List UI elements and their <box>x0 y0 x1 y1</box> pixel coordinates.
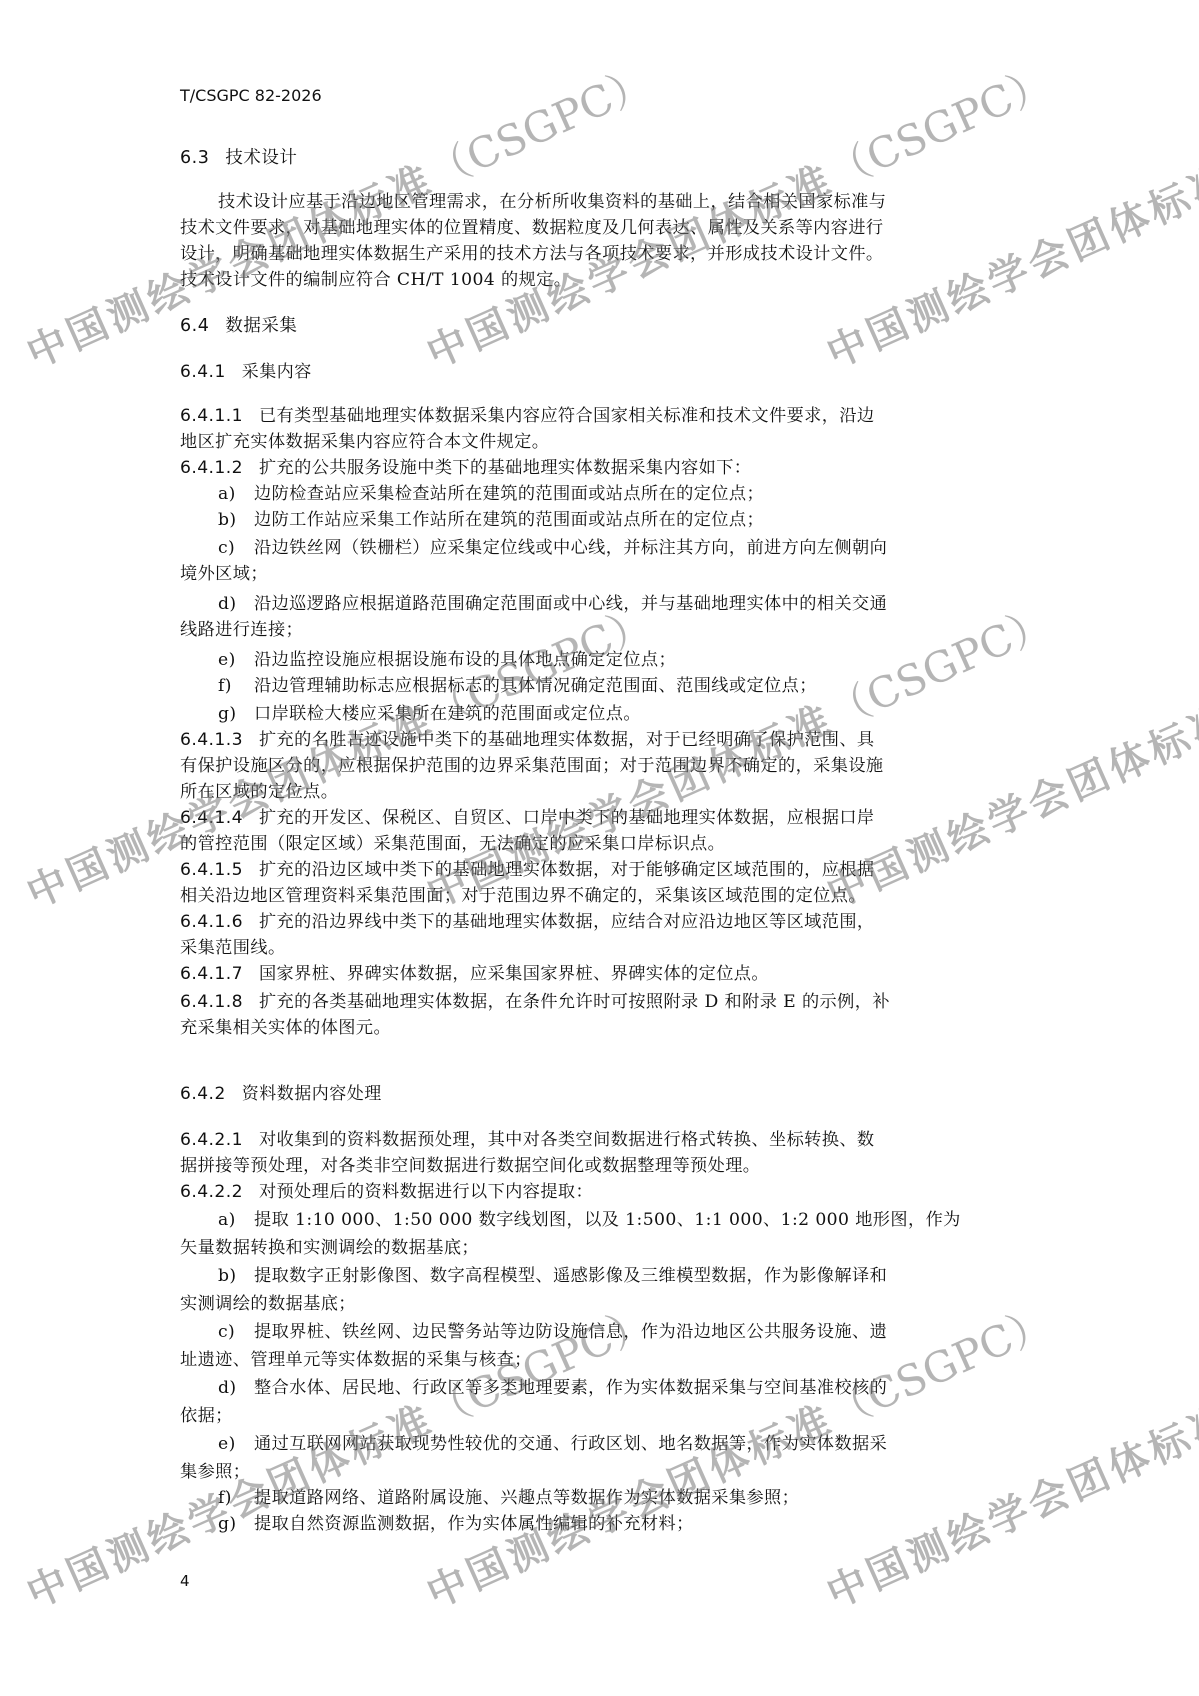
section-heading-6-4-1: 6.4.1采集内容 <box>180 360 312 384</box>
paragraph-line: 设计，明确基础地理实体数据生产采用的技术方法与各项技术要求，并形成技术设计文件。 <box>180 242 884 266</box>
watermark: 中国测绘学会团体标准（CSGPC） <box>416 49 1061 380</box>
document-code: T/CSGPC 82-2026 <box>180 84 322 108</box>
list-text: 口岸联检大楼应采集所在建筑的范围面或定位点。 <box>254 704 641 724</box>
clause-6-4-1-7: 6.4.1.7国家界桩、界碑实体数据，应采集国家界桩、界碑实体的定位点。 <box>180 962 769 986</box>
section-title: 技术设计 <box>225 148 297 168</box>
clause-text: 扩充的各类基础地理实体数据，在条件允许时可按照附录 D 和附录 E 的示例，补 <box>259 992 890 1012</box>
document-page: T/CSGPC 82-2026 6.3技术设计 技术设计应基于沿边地区管理需求，… <box>0 0 1199 1696</box>
list-item-c: c)提取界桩、铁丝网、边民警务站等边防设施信息，作为沿边地区公共服务设施、遗 <box>218 1320 887 1344</box>
clause-text-continued: 有保护设施区分的，应根据保护范围的边界采集范围面；对于范围边界不确定的，采集设施 <box>180 754 884 778</box>
clause-6-4-1-8: 6.4.1.8扩充的各类基础地理实体数据，在条件允许时可按照附录 D 和附录 E… <box>180 990 890 1014</box>
clause-text-continued: 充采集相关实体的体图元。 <box>180 1016 391 1040</box>
list-item-a: a)边防检查站应采集检查站所在建筑的范围面或站点所在的定位点； <box>218 482 764 506</box>
section-number: 6.3 <box>180 146 209 170</box>
list-text-continued: 集参照； <box>180 1460 250 1484</box>
list-label: c) <box>218 536 254 560</box>
list-text: 边防检查站应采集检查站所在建筑的范围面或站点所在的定位点； <box>254 484 764 504</box>
section-number: 6.4 <box>180 314 209 338</box>
list-text: 沿边管理辅助标志应根据标志的具体情况确定范围面、范围线或定位点； <box>254 676 817 696</box>
clause-number: 6.4.1.6 <box>180 910 243 934</box>
list-text: 沿边铁丝网（铁栅栏）应采集定位线或中心线，并标注其方向，前进方向左侧朝向 <box>254 538 887 558</box>
clause-6-4-2-1: 6.4.2.1对收集到的资料数据预处理，其中对各类空间数据进行格式转换、坐标转换… <box>180 1128 875 1152</box>
list-text: 提取 1:10 000、1:50 000 数字线划图，以及 1:500、1:1 … <box>254 1210 961 1230</box>
list-label: g) <box>218 1512 254 1536</box>
list-text: 提取自然资源监测数据，作为实体属性编辑的补充材料； <box>254 1514 694 1534</box>
list-label: f) <box>218 1486 254 1510</box>
clause-text-continued: 相关沿边地区管理资料采集范围面；对于范围边界不确定的，采集该区域范围的定位点。 <box>180 884 866 908</box>
clause-text: 对预处理后的资料数据进行以下内容提取： <box>259 1182 593 1202</box>
list-text: 通过互联网网站获取现势性较优的交通、行政区划、地名数据等，作为实体数据采 <box>254 1434 887 1454</box>
section-title: 采集内容 <box>242 362 312 382</box>
list-text: 提取界桩、铁丝网、边民警务站等边防设施信息，作为沿边地区公共服务设施、遗 <box>254 1322 887 1342</box>
section-heading-6-4-2: 6.4.2资料数据内容处理 <box>180 1082 382 1106</box>
clause-number: 6.4.1.1 <box>180 404 243 428</box>
page-number: 4 <box>180 1572 190 1590</box>
clause-text: 扩充的开发区、保税区、自贸区、口岸中类下的基础地理实体数据，应根据口岸 <box>259 808 875 828</box>
clause-6-4-2-2: 6.4.2.2对预处理后的资料数据进行以下内容提取： <box>180 1180 593 1204</box>
clause-text: 扩充的沿边区域中类下的基础地理实体数据，对于能够确定区域范围的，应根据 <box>259 860 875 880</box>
list-text-continued: 址遗迹、管理单元等实体数据的采集与核查； <box>180 1348 532 1372</box>
list-item-b: b)提取数字正射影像图、数字高程模型、遥感影像及三维模型数据，作为影像解译和 <box>218 1264 887 1288</box>
list-label: g) <box>218 702 254 726</box>
clause-6-4-1-2: 6.4.1.2扩充的公共服务设施中类下的基础地理实体数据采集内容如下： <box>180 456 751 480</box>
clause-text-continued: 采集范围线。 <box>180 936 286 960</box>
list-label: c) <box>218 1320 254 1344</box>
list-label: f) <box>218 674 254 698</box>
clause-number: 6.4.1.7 <box>180 962 243 986</box>
list-label: b) <box>218 508 254 532</box>
list-item-a: a)提取 1:10 000、1:50 000 数字线划图，以及 1:500、1:… <box>218 1208 961 1232</box>
clause-text-continued: 所在区域的定位点。 <box>180 780 338 804</box>
list-text-continued: 实测调绘的数据基底； <box>180 1292 356 1316</box>
paragraph-line: 技术设计应基于沿边地区管理需求，在分析所收集资料的基础上，结合相关国家标准与 <box>218 190 886 214</box>
list-item-e: e)沿边监控设施应根据设施布设的具体地点确定定位点； <box>218 648 676 672</box>
list-label: e) <box>218 648 254 672</box>
list-label: d) <box>218 1376 254 1400</box>
list-item-f: f)沿边管理辅助标志应根据标志的具体情况确定范围面、范围线或定位点； <box>218 674 817 698</box>
list-label: b) <box>218 1264 254 1288</box>
clause-text-continued: 据拼接等预处理，对各类非空间数据进行数据空间化或数据整理等预处理。 <box>180 1154 760 1178</box>
section-title: 数据采集 <box>225 316 297 336</box>
list-label: a) <box>218 482 254 506</box>
paragraph-line: 技术设计文件的编制应符合 CH/T 1004 的规定。 <box>180 268 571 292</box>
list-item-g: g)口岸联检大楼应采集所在建筑的范围面或定位点。 <box>218 702 641 726</box>
list-label: a) <box>218 1208 254 1232</box>
list-text: 整合水体、居民地、行政区等多类地理要素，作为实体数据采集与空间基准校核的 <box>254 1378 887 1398</box>
clause-text: 扩充的沿边界线中类下的基础地理实体数据，应结合对应沿边地区等区域范围， <box>259 912 875 932</box>
list-text: 沿边巡逻路应根据道路范围确定范围面或中心线，并与基础地理实体中的相关交通 <box>254 594 887 614</box>
section-number: 6.4.2 <box>180 1082 226 1106</box>
watermark: 中国测绘学会团体标准（CSGPC） <box>16 49 661 380</box>
clause-text: 已有类型基础地理实体数据采集内容应符合国家相关标准和技术文件要求，沿边 <box>259 406 875 426</box>
list-item-g: g)提取自然资源监测数据，作为实体属性编辑的补充材料； <box>218 1512 694 1536</box>
section-heading-6-4: 6.4数据采集 <box>180 314 297 338</box>
list-text-continued: 依据； <box>180 1404 233 1428</box>
clause-6-4-1-5: 6.4.1.5扩充的沿边区域中类下的基础地理实体数据，对于能够确定区域范围的，应… <box>180 858 875 882</box>
watermark: 中国测绘学会团体标准（CSGPC） <box>816 49 1199 380</box>
clause-6-4-1-6: 6.4.1.6扩充的沿边界线中类下的基础地理实体数据，应结合对应沿边地区等区域范… <box>180 910 875 934</box>
clause-number: 6.4.1.4 <box>180 806 243 830</box>
section-number: 6.4.1 <box>180 360 226 384</box>
list-item-b: b)边防工作站应采集工作站所在建筑的范围面或站点所在的定位点； <box>218 508 764 532</box>
list-text: 提取道路网络、道路附属设施、兴趣点等数据作为实体数据采集参照； <box>254 1488 799 1508</box>
list-item-d: d)整合水体、居民地、行政区等多类地理要素，作为实体数据采集与空间基准校核的 <box>218 1376 887 1400</box>
clause-text-continued: 地区扩充实体数据采集内容应符合本文件规定。 <box>180 430 549 454</box>
list-label: d) <box>218 592 254 616</box>
list-label: e) <box>218 1432 254 1456</box>
list-item-d: d)沿边巡逻路应根据道路范围确定范围面或中心线，并与基础地理实体中的相关交通 <box>218 592 887 616</box>
clause-number: 6.4.1.3 <box>180 728 243 752</box>
clause-6-4-1-1: 6.4.1.1已有类型基础地理实体数据采集内容应符合国家相关标准和技术文件要求，… <box>180 404 875 428</box>
list-text-continued: 境外区域； <box>180 562 268 586</box>
section-heading-6-3: 6.3技术设计 <box>180 146 297 170</box>
list-text: 沿边监控设施应根据设施布设的具体地点确定定位点； <box>254 650 676 670</box>
clause-text: 国家界桩、界碑实体数据，应采集国家界桩、界碑实体的定位点。 <box>259 964 769 984</box>
clause-number: 6.4.2.2 <box>180 1180 243 1204</box>
clause-number: 6.4.1.5 <box>180 858 243 882</box>
list-text: 边防工作站应采集工作站所在建筑的范围面或站点所在的定位点； <box>254 510 764 530</box>
list-item-e: e)通过互联网网站获取现势性较优的交通、行政区划、地名数据等，作为实体数据采 <box>218 1432 887 1456</box>
list-item-c: c)沿边铁丝网（铁栅栏）应采集定位线或中心线，并标注其方向，前进方向左侧朝向 <box>218 536 887 560</box>
clause-number: 6.4.1.2 <box>180 456 243 480</box>
list-item-f: f)提取道路网络、道路附属设施、兴趣点等数据作为实体数据采集参照； <box>218 1486 799 1510</box>
clause-6-4-1-3: 6.4.1.3扩充的名胜古迹设施中类下的基础地理实体数据，对于已经明确了保护范围… <box>180 728 875 752</box>
clause-text: 对收集到的资料数据预处理，其中对各类空间数据进行格式转换、坐标转换、数 <box>259 1130 875 1150</box>
clause-6-4-1-4: 6.4.1.4扩充的开发区、保税区、自贸区、口岸中类下的基础地理实体数据，应根据… <box>180 806 875 830</box>
paragraph-line: 技术文件要求，对基础地理实体的位置精度、数据粒度及几何表达、属性及关系等内容进行 <box>180 216 884 240</box>
clause-text: 扩充的名胜古迹设施中类下的基础地理实体数据，对于已经明确了保护范围、具 <box>259 730 875 750</box>
clause-number: 6.4.2.1 <box>180 1128 243 1152</box>
list-text-continued: 矢量数据转换和实测调绘的数据基底； <box>180 1236 479 1260</box>
list-text: 提取数字正射影像图、数字高程模型、遥感影像及三维模型数据，作为影像解译和 <box>254 1266 887 1286</box>
clause-text-continued: 的管控范围（限定区域）采集范围面，无法确定的应采集口岸标识点。 <box>180 832 725 856</box>
clause-number: 6.4.1.8 <box>180 990 243 1014</box>
clause-text: 扩充的公共服务设施中类下的基础地理实体数据采集内容如下： <box>259 458 751 478</box>
section-title: 资料数据内容处理 <box>242 1084 382 1104</box>
list-text-continued: 线路进行连接； <box>180 618 303 642</box>
